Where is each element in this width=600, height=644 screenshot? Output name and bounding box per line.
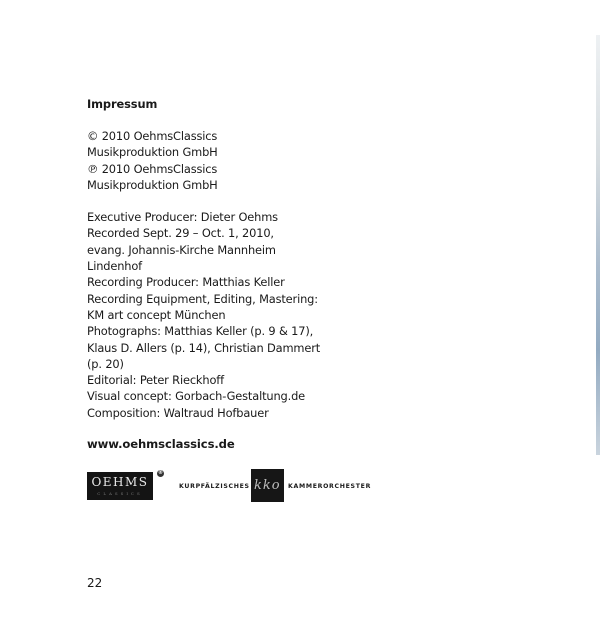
impressum-heading: Impressum: [87, 96, 447, 112]
kko-right-text: KAMMERORCHESTER: [288, 483, 371, 490]
phonogram-line: ℗ 2010 OehmsClassics: [87, 161, 447, 177]
credit-line: KM art concept München: [87, 307, 447, 323]
credit-line: Executive Producer: Dieter Oehms: [87, 209, 447, 225]
website-link[interactable]: www.oehmsclassics.de: [87, 436, 447, 452]
credit-line: Recorded Sept. 29 – Oct. 1, 2010,: [87, 225, 447, 241]
credit-line: Klaus D. Allers (p. 14), Christian Damme…: [87, 340, 447, 356]
credit-line: evang. Johannis-Kirche Mannheim: [87, 242, 447, 258]
oehms-logo-text: OEHMS: [91, 475, 148, 489]
page-number: 22: [87, 576, 102, 590]
credit-line: Editorial: Peter Rieckhoff: [87, 372, 447, 388]
credits-block: Executive Producer: Dieter Oehms Recorde…: [87, 209, 447, 421]
credit-line: Photographs: Matthias Keller (p. 9 & 17)…: [87, 323, 447, 339]
credit-line: Lindenhof: [87, 258, 447, 274]
kko-left-text: KURPFÄLZISCHES: [179, 483, 250, 490]
copyright-line: Musikproduktion GmbH: [87, 144, 447, 160]
registered-mark-icon: ®: [157, 470, 164, 477]
kko-logo-mark: kko: [251, 469, 284, 502]
oehms-logo-subtext: CLASSICS: [87, 491, 153, 497]
logo-row: OEHMS CLASSICS ® KURPFÄLZISCHES kko KAMM…: [87, 469, 387, 505]
credit-line: Composition: Waltraud Hofbauer: [87, 405, 447, 421]
impressum-section: Impressum © 2010 OehmsClassics Musikprod…: [87, 96, 447, 452]
credit-line: Recording Producer: Matthias Keller: [87, 274, 447, 290]
oehms-logo: OEHMS CLASSICS: [87, 472, 153, 500]
credit-line: (p. 20): [87, 356, 447, 372]
copyright-block: © 2010 OehmsClassics Musikproduktion Gmb…: [87, 128, 447, 193]
copyright-line: © 2010 OehmsClassics: [87, 128, 447, 144]
page-binding-edge: [596, 35, 600, 455]
credit-line: Visual concept: Gorbach-Gestaltung.de: [87, 388, 447, 404]
phonogram-line: Musikproduktion GmbH: [87, 177, 447, 193]
credit-line: Recording Equipment, Editing, Mastering:: [87, 291, 447, 307]
